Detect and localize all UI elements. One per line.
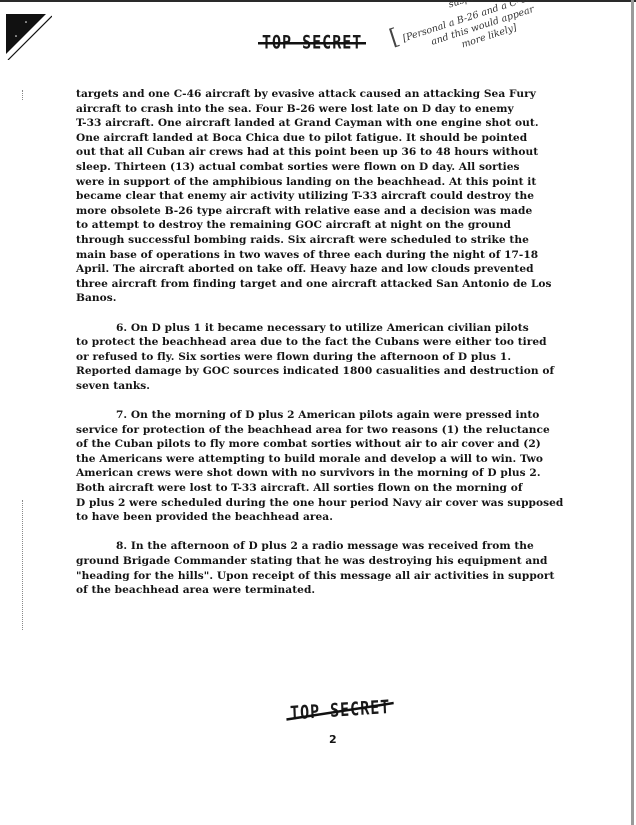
text-line: to protect the beachhead area due to the… [76,335,606,350]
text-line: "heading for the hills". Upon receipt of… [76,569,606,584]
text-line: the Americans were attempting to build m… [76,452,606,467]
text-line: more obsolete B-26 type aircraft with re… [76,204,606,219]
text-line: One aircraft landed at Boca Chica due to… [76,131,606,146]
text-line: aircraft to crash into the sea. Four B-2… [76,102,606,117]
text-line: main base of operations in two waves of … [76,248,606,263]
text-line: through successful bombing raids. Six ai… [76,233,606,248]
text-line: sleep. Thirteen (13) actual combat sorti… [76,160,606,175]
text-line: 8. In the afternoon of D plus 2 a radio … [76,539,606,554]
document-body: targets and one C-46 aircraft by evasive… [76,87,606,612]
paragraph-7: 7. On the morning of D plus 2 American p… [76,408,606,525]
margin-speck [22,90,27,100]
text-line: of the Cuban pilots to fly more combat s… [76,437,606,452]
bracket-mark: [ [389,31,401,44]
text-line: to attempt to destroy the remaining GOC … [76,218,606,233]
margin-speck [22,500,27,630]
strike-line [258,42,366,45]
text-line: targets and one C-46 aircraft by evasive… [76,87,606,102]
text-line: became clear that enemy air activity uti… [76,189,606,204]
text-line: Both aircraft were lost to T-33 aircraft… [76,481,606,496]
text-line: D plus 2 were scheduled during the one h… [76,496,606,511]
corner-fold-icon [6,14,52,60]
text-line: three aircraft from finding target and o… [76,277,606,292]
text-line: 6. On D plus 1 it became necessary to ut… [76,321,606,336]
text-line: April. The aircraft aborted on take off.… [76,262,606,277]
classification-stamp-bottom: TOP SECRET [290,695,391,724]
handwritten-annotation: [ suspect it was [Personal a B-26 and a … [392,0,575,85]
paragraph-8: 8. In the afternoon of D plus 2 a radio … [76,539,606,597]
text-line: out that all Cuban air crews had at this… [76,145,606,160]
text-line: Banos. [76,291,606,306]
text-line: T-33 aircraft. One aircraft landed at Gr… [76,116,606,131]
text-line: Reported damage by GOC sources indicated… [76,364,606,379]
page-number: 2 [329,733,337,746]
text-line: 7. On the morning of D plus 2 American p… [76,408,606,423]
text-line: service for protection of the beachhead … [76,423,606,438]
scan-right-border [631,0,634,825]
text-line: American crews were shot down with no su… [76,466,606,481]
text-line: to have been provided the beachhead area… [76,510,606,525]
text-line: or refused to fly. Six sorties were flow… [76,350,606,365]
paragraph-6: 6. On D plus 1 it became necessary to ut… [76,321,606,394]
text-line: ground Brigade Commander stating that he… [76,554,606,569]
classification-stamp-top: TOP SECRET [262,31,362,54]
text-line: were in support of the amphibious landin… [76,175,606,190]
document-page: TOP SECRET [ suspect it was [Personal a … [0,0,636,825]
text-line: seven tanks. [76,379,606,394]
paragraph-continued: targets and one C-46 aircraft by evasive… [76,87,606,306]
text-line: of the beachhead area were terminated. [76,583,606,598]
